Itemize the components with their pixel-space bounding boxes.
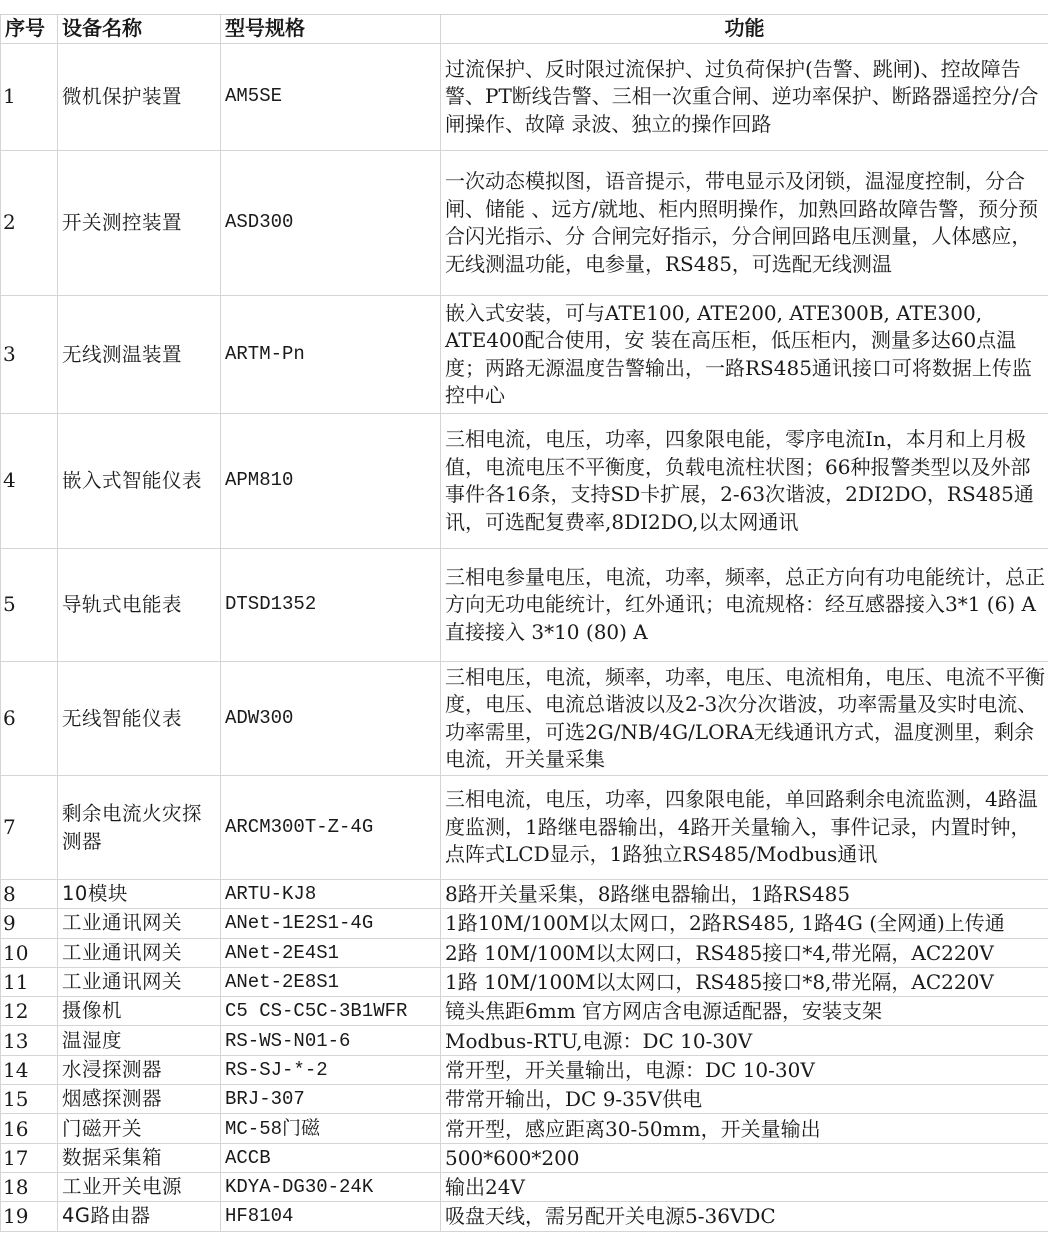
row-model: ARTU-KJ8 — [221, 880, 441, 909]
row-function: 1路10M/100M以太网口，2路RS485, 1路4G (全网通)上传通 — [441, 909, 1048, 938]
header-device-name: 设备名称 — [58, 15, 221, 44]
row-index: 16 — [1, 1114, 58, 1143]
row-model: ANet-2E4S1 — [221, 938, 441, 967]
row-function: 8路开关量采集，8路继电器输出，1路RS485 — [441, 880, 1048, 909]
row-function: 常开型，感应距离30-50mm，开关量输出 — [441, 1114, 1048, 1143]
row-index: 12 — [1, 997, 58, 1026]
row-function: 吸盘天线，需另配开关电源5-36VDC — [441, 1202, 1048, 1231]
table-row: 19 4G路由器 HF8104 吸盘天线，需另配开关电源5-36VDC — [1, 1202, 1048, 1231]
row-index: 9 — [1, 909, 58, 938]
row-index: 17 — [1, 1143, 58, 1172]
row-device-name: 导轨式电能表 — [58, 549, 221, 662]
row-device-name: 10模块 — [58, 880, 221, 909]
row-model: ARCM300T-Z-4G — [221, 776, 441, 880]
row-function: 1路 10M/100M以太网口，RS485接口*8,带光隔，AC220V — [441, 967, 1048, 996]
table-row: 18 工业开关电源 KDYA-DG30-24K 输出24V — [1, 1172, 1048, 1201]
row-device-name: 门磁开关 — [58, 1114, 221, 1143]
row-index: 14 — [1, 1055, 58, 1084]
row-device-name: 开关测控装置 — [58, 151, 221, 296]
row-index: 15 — [1, 1085, 58, 1114]
row-function: 带常开输出，DC 9-35V供电 — [441, 1085, 1048, 1114]
row-device-name: 微机保护装置 — [58, 44, 221, 151]
row-function: 过流保护、反时限过流保护、过负荷保护(告警、跳闸)、控故障告警、PT断线告警、三… — [441, 44, 1048, 151]
row-device-name: 水浸探测器 — [58, 1055, 221, 1084]
row-function: 500*600*200 — [441, 1143, 1048, 1172]
equipment-table-container: 序号 设备名称 型号规格 功能 1 微机保护装置 AM5SE 过流保护、反时限过… — [0, 14, 1048, 1232]
row-model: AM5SE — [221, 44, 441, 151]
table-row: 16 门磁开关 MC-58门磁 常开型，感应距离30-50mm，开关量输出 — [1, 1114, 1048, 1143]
row-function: 2路 10M/100M以太网口，RS485接口*4,带光隔，AC220V — [441, 938, 1048, 967]
row-index: 8 — [1, 880, 58, 909]
row-model: HF8104 — [221, 1202, 441, 1231]
table-row: 9 工业通讯网关 ANet-1E2S1-4G 1路10M/100M以太网口，2路… — [1, 909, 1048, 938]
row-function: Modbus-RTU,电源：DC 10-30V — [441, 1026, 1048, 1055]
row-model: C5 CS-C5C-3B1WFR — [221, 997, 441, 1026]
row-index: 10 — [1, 938, 58, 967]
row-model: ANet-2E8S1 — [221, 967, 441, 996]
table-row: 11 工业通讯网关 ANet-2E8S1 1路 10M/100M以太网口，RS4… — [1, 967, 1048, 996]
table-row: 2 开关测控装置 ASD300 一次动态模拟图，语音提示，带电显示及闭锁，温湿度… — [1, 151, 1048, 296]
row-index: 3 — [1, 296, 58, 414]
row-model: ADW300 — [221, 662, 441, 776]
row-function: 三相电流，电压，功率，四象限电能，单回路剩余电流监测，4路温度监测，1路继电器输… — [441, 776, 1048, 880]
row-index: 19 — [1, 1202, 58, 1231]
row-index: 6 — [1, 662, 58, 776]
row-model: RS-WS-N01-6 — [221, 1026, 441, 1055]
row-device-name: 无线测温装置 — [58, 296, 221, 414]
table-row: 14 水浸探测器 RS-SJ-*-2 常开型，开关量输出，电源：DC 10-30… — [1, 1055, 1048, 1084]
row-function: 一次动态模拟图，语音提示，带电显示及闭锁，温湿度控制，分合闸、储能 、远方/就地… — [441, 151, 1048, 296]
table-row: 5 导轨式电能表 DTSD1352 三相电参量电压，电流，功率，频率，总正方向有… — [1, 549, 1048, 662]
header-model: 型号规格 — [221, 15, 441, 44]
row-device-name: 无线智能仪表 — [58, 662, 221, 776]
table-row: 13 温湿度 RS-WS-N01-6 Modbus-RTU,电源：DC 10-3… — [1, 1026, 1048, 1055]
row-function: 输出24V — [441, 1172, 1048, 1201]
equipment-spec-table: 序号 设备名称 型号规格 功能 1 微机保护装置 AM5SE 过流保护、反时限过… — [0, 14, 1048, 1232]
row-device-name: 烟感探测器 — [58, 1085, 221, 1114]
row-index: 4 — [1, 414, 58, 549]
row-function: 三相电流，电压，功率，四象限电能，零序电流In，本月和上月极值，电流电压不平衡度… — [441, 414, 1048, 549]
row-index: 5 — [1, 549, 58, 662]
row-model: KDYA-DG30-24K — [221, 1172, 441, 1201]
table-row: 10 工业通讯网关 ANet-2E4S1 2路 10M/100M以太网口，RS4… — [1, 938, 1048, 967]
row-index: 2 — [1, 151, 58, 296]
row-model: ARTM-Pn — [221, 296, 441, 414]
table-row: 7 剩余电流火灾探测器 ARCM300T-Z-4G 三相电流，电压，功率，四象限… — [1, 776, 1048, 880]
table-row: 4 嵌入式智能仪表 APM810 三相电流，电压，功率，四象限电能，零序电流In… — [1, 414, 1048, 549]
row-device-name: 工业通讯网关 — [58, 938, 221, 967]
row-function: 三相电压，电流，频率，功率，电压、电流相角，电压、电流不平衡度，电压、电流总谐波… — [441, 662, 1048, 776]
row-index: 7 — [1, 776, 58, 880]
header-index: 序号 — [1, 15, 58, 44]
table-row: 17 数据采集箱 ACCB 500*600*200 — [1, 1143, 1048, 1172]
row-model: APM810 — [221, 414, 441, 549]
row-function: 常开型，开关量输出，电源：DC 10-30V — [441, 1055, 1048, 1084]
row-index: 13 — [1, 1026, 58, 1055]
row-model: RS-SJ-*-2 — [221, 1055, 441, 1084]
table-row: 8 10模块 ARTU-KJ8 8路开关量采集，8路继电器输出，1路RS485 — [1, 880, 1048, 909]
row-model: MC-58门磁 — [221, 1114, 441, 1143]
row-device-name: 温湿度 — [58, 1026, 221, 1055]
row-device-name: 数据采集箱 — [58, 1143, 221, 1172]
row-device-name: 嵌入式智能仪表 — [58, 414, 221, 549]
row-model: ACCB — [221, 1143, 441, 1172]
table-header-row: 序号 设备名称 型号规格 功能 — [1, 15, 1048, 44]
row-index: 11 — [1, 967, 58, 996]
row-model: DTSD1352 — [221, 549, 441, 662]
row-function: 三相电参量电压，电流，功率，频率，总正方向有功电能统计，总正方向无功电能统计，红… — [441, 549, 1048, 662]
row-function: 嵌入式安装，可与ATE100, ATE200, ATE300B, ATE300,… — [441, 296, 1048, 414]
row-device-name: 4G路由器 — [58, 1202, 221, 1231]
table-row: 1 微机保护装置 AM5SE 过流保护、反时限过流保护、过负荷保护(告警、跳闸)… — [1, 44, 1048, 151]
row-device-name: 工业通讯网关 — [58, 909, 221, 938]
row-device-name: 剩余电流火灾探测器 — [58, 776, 221, 880]
table-row: 6 无线智能仪表 ADW300 三相电压，电流，频率，功率，电压、电流相角，电压… — [1, 662, 1048, 776]
table-row: 3 无线测温装置 ARTM-Pn 嵌入式安装，可与ATE100, ATE200,… — [1, 296, 1048, 414]
row-index: 18 — [1, 1172, 58, 1201]
row-model: ASD300 — [221, 151, 441, 296]
row-model: BRJ-307 — [221, 1085, 441, 1114]
table-row: 15 烟感探测器 BRJ-307 带常开输出，DC 9-35V供电 — [1, 1085, 1048, 1114]
row-device-name: 工业开关电源 — [58, 1172, 221, 1201]
row-model: ANet-1E2S1-4G — [221, 909, 441, 938]
row-device-name: 工业通讯网关 — [58, 967, 221, 996]
table-row: 12 摄像机 C5 CS-C5C-3B1WFR 镜头焦距6mm 官方网店含电源适… — [1, 997, 1048, 1026]
row-index: 1 — [1, 44, 58, 151]
row-function: 镜头焦距6mm 官方网店含电源适配器，安装支架 — [441, 997, 1048, 1026]
header-function: 功能 — [441, 15, 1048, 44]
row-device-name: 摄像机 — [58, 997, 221, 1026]
